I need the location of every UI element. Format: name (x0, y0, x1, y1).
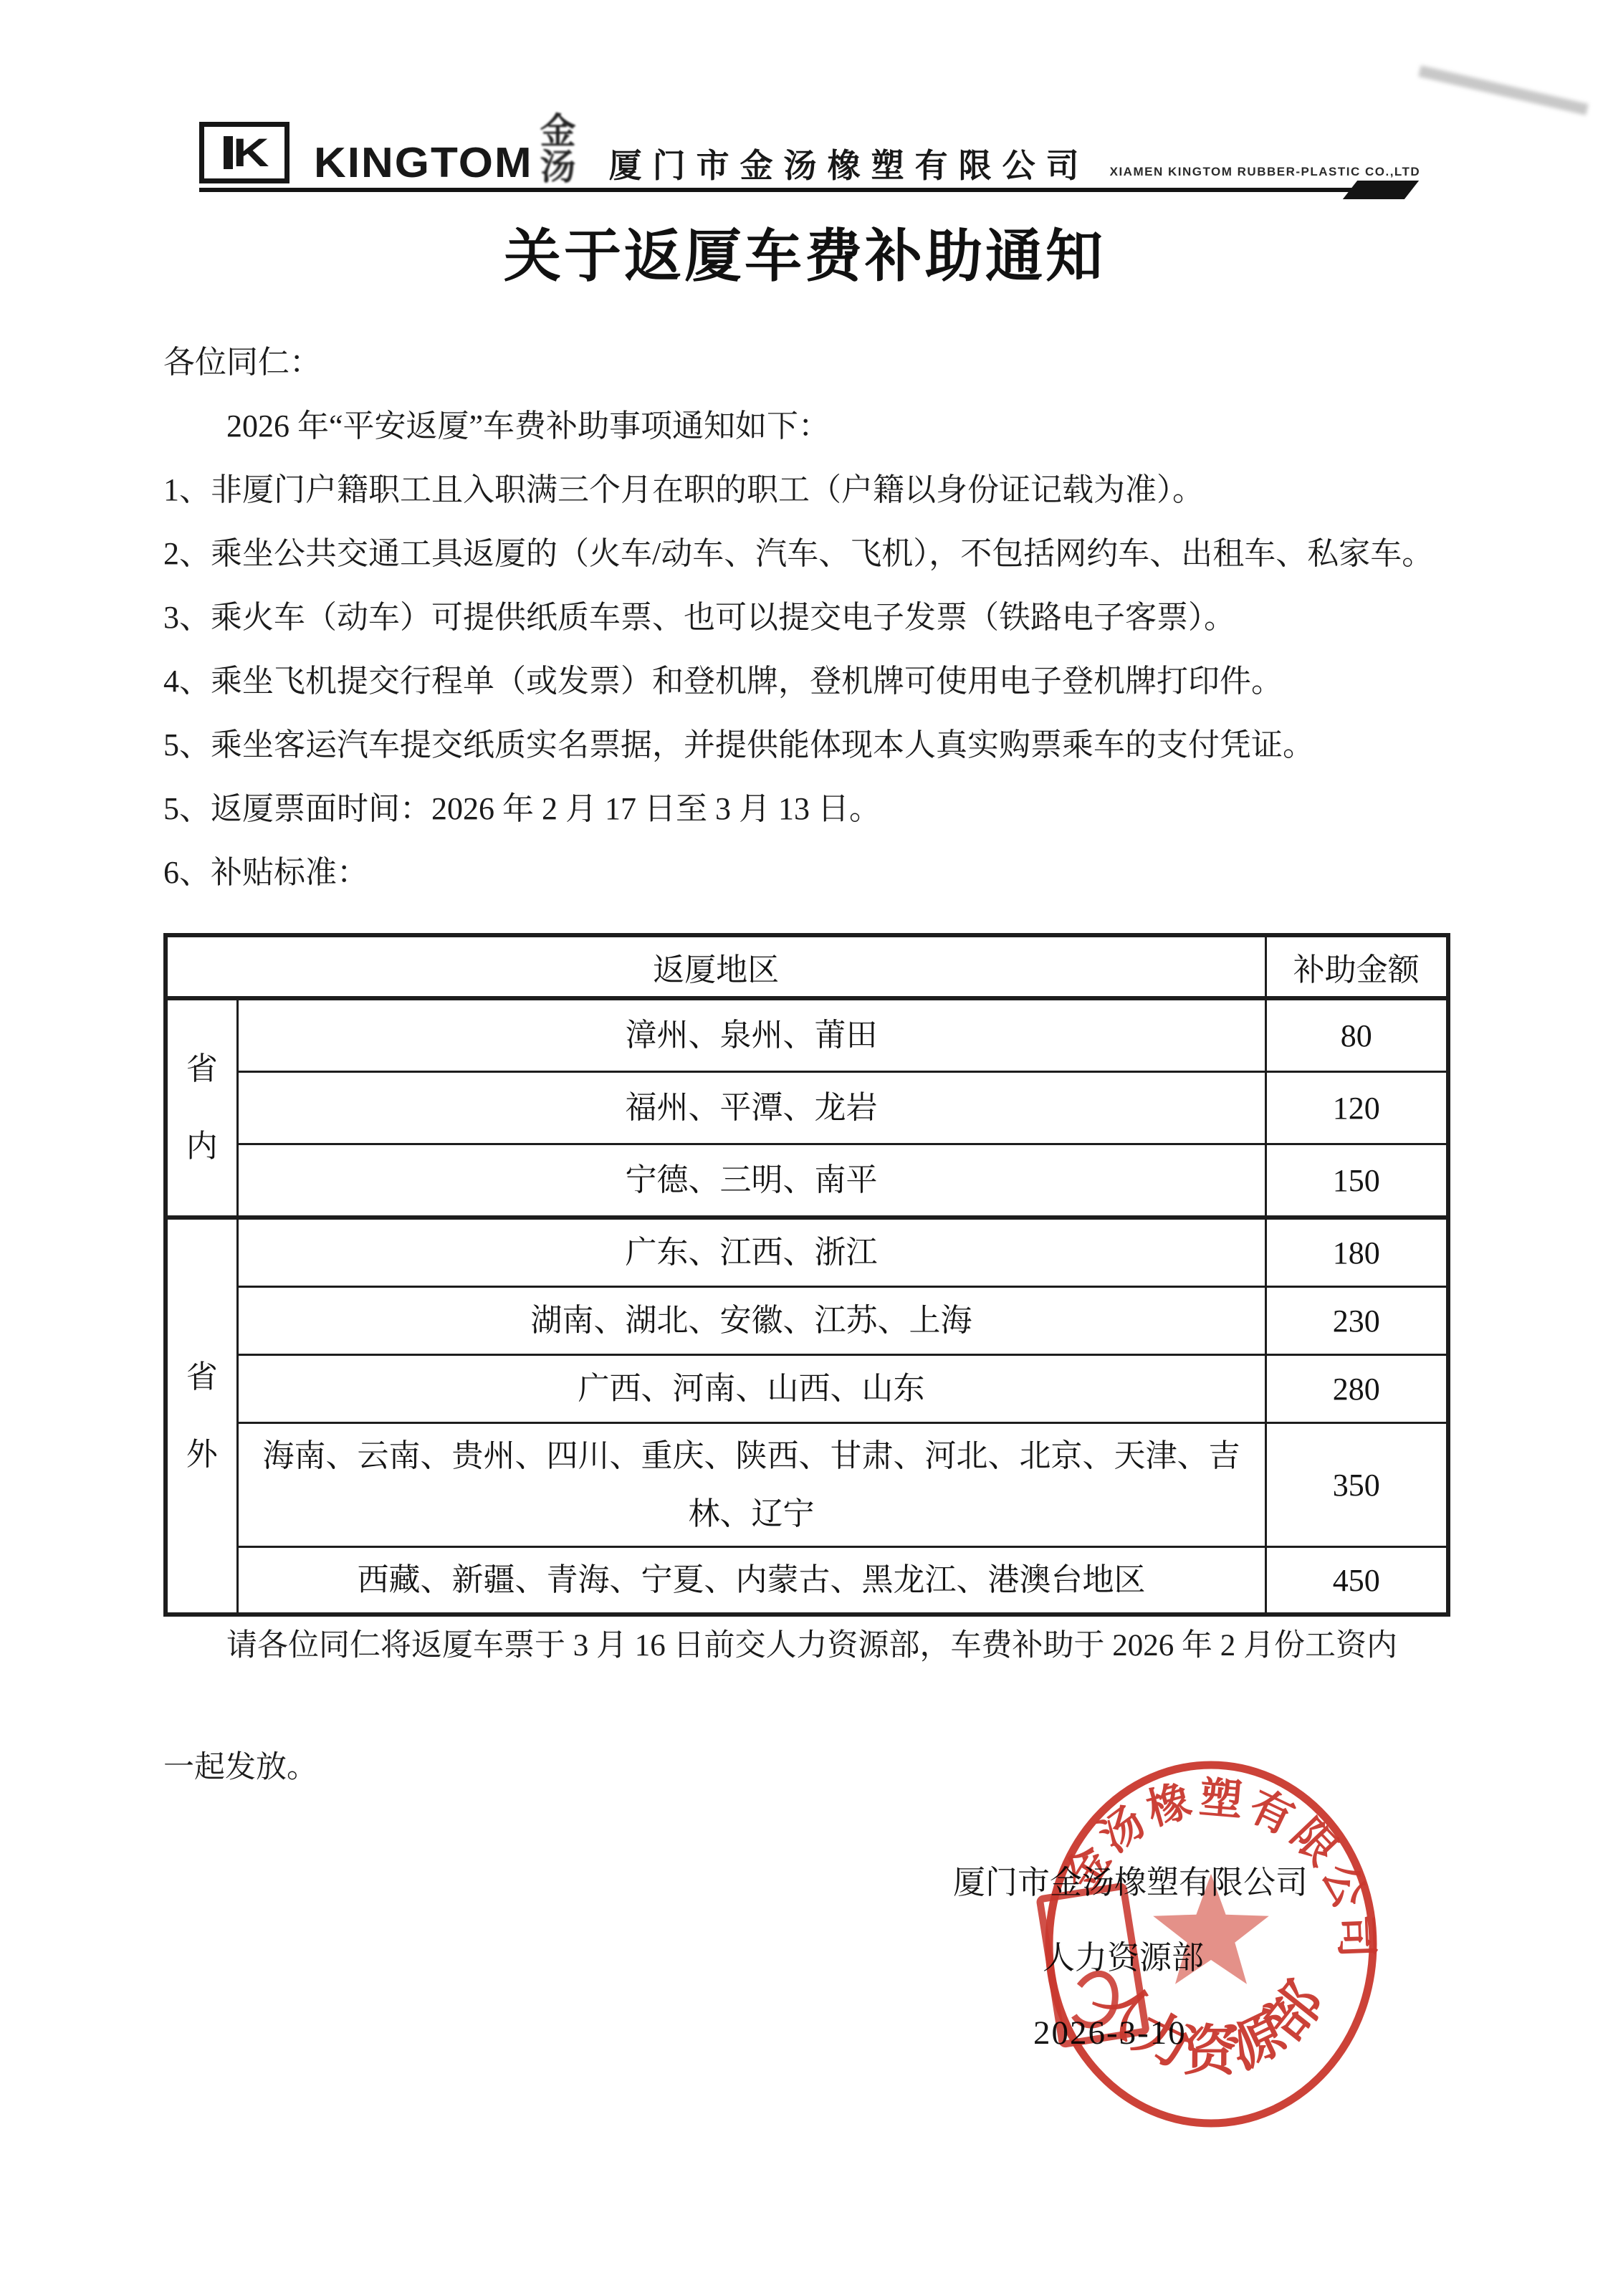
page-title: 关于返厦车费补助通知 (163, 210, 1446, 292)
signature-block: 厦门市金汤橡塑有限公司 人力资源部 2026-3-10 (953, 1845, 1397, 2071)
notice-item: 4、乘坐飞机提交行程单（或发票）和登机牌，登机牌可使用电子登机牌打印件。 (163, 649, 1447, 713)
amount-cell: 350 (1265, 1423, 1448, 1547)
table-row: 省内 漳州、泉州、莆田 80 (166, 998, 1448, 1072)
company-name-english: XIAMEN KINGTOM RUBBER-PLASTIC CO.,LTD (1110, 165, 1421, 179)
notice-body: 各位同仁： 2026 年“平安返厦”车费补助事项通知如下： 1、非厦门户籍职工且… (163, 330, 1447, 904)
subsidy-table-wrap: 返厦地区 补助金额 省内 漳州、泉州、莆田 80 福州、平潭、龙岩 120 宁德… (163, 933, 1447, 1617)
closing-paragraph: 请各位同仁将返厦车票于 3 月 16 日前交人力资源部，车费补助于 2026 年… (163, 1585, 1447, 1829)
table-header-row: 返厦地区 补助金额 (166, 935, 1448, 998)
kingtom-logo-icon: K (199, 122, 289, 183)
table-row: 省外 广东、江西、浙江 180 (166, 1218, 1448, 1287)
logo-k-letter: K (233, 133, 269, 173)
region-cell: 宁德、三明、南平 (237, 1144, 1265, 1218)
notice-item: 5、乘坐客运汽车提交纸质实名票据，并提供能体现本人真实购票乘车的支付凭证。 (163, 713, 1447, 777)
region-cell: 湖南、湖北、安徽、江苏、上海 (237, 1287, 1265, 1355)
scanned-notice-document: K KINGTOM 金汤 厦门市金汤橡塑有限公司 XIAMEN KINGTOM … (0, 0, 1608, 2296)
logo-bar (224, 136, 233, 169)
region-cell: 海南、云南、贵州、四川、重庆、陕西、甘肃、河北、北京、天津、吉林、辽宁 (237, 1423, 1265, 1547)
subsidy-table: 返厦地区 补助金额 省内 漳州、泉州、莆田 80 福州、平潭、龙岩 120 宁德… (163, 933, 1450, 1617)
table-row: 湖南、湖北、安徽、江苏、上海 230 (166, 1287, 1448, 1355)
amount-cell: 180 (1265, 1218, 1448, 1287)
signature-date: 2026-3-10 (953, 1996, 1397, 2071)
amount-cell: 280 (1265, 1355, 1448, 1423)
closing-line: 请各位同仁将返厦车票于 3 月 16 日前交人力资源部，车费补助于 2026 年… (163, 1585, 1447, 1707)
brand-wordmark: KINGTOM (314, 144, 533, 184)
table-row: 福州、平潭、龙岩 120 (166, 1072, 1448, 1144)
notice-item: 1、非厦门户籍职工且入职满三个月在职的职工（户籍以身份证记载为准）。 (163, 458, 1447, 522)
notice-item: 6、补贴标准： (163, 841, 1447, 904)
signature-department: 人力资源部 (953, 1920, 1397, 1996)
amount-cell: 230 (1265, 1287, 1448, 1355)
table-row: 宁德、三明、南平 150 (166, 1144, 1448, 1218)
region-cell: 广西、河南、山西、山东 (237, 1355, 1265, 1423)
notice-item: 2、乘坐公共交通工具返厦的（火车/动车、汽车、飞机），不包括网约车、出租车、私家… (163, 522, 1447, 585)
letterhead: K KINGTOM 金汤 厦门市金汤橡塑有限公司 XIAMEN KINGTOM … (199, 120, 1409, 192)
scan-smudge-artifact (1418, 65, 1588, 115)
region-cell: 广东、江西、浙江 (237, 1218, 1265, 1287)
amount-cell: 120 (1265, 1072, 1448, 1144)
table-row: 广西、河南、山西、山东 280 (166, 1355, 1448, 1423)
amount-cell: 80 (1265, 998, 1448, 1072)
table-row: 海南、云南、贵州、四川、重庆、陕西、甘肃、河北、北京、天津、吉林、辽宁 350 (166, 1423, 1448, 1547)
intro-line: 2026 年“平安返厦”车费补助事项通知如下： (163, 394, 1447, 458)
amount-cell: 150 (1265, 1144, 1448, 1218)
brand-wordmark-cn: 金汤 (540, 113, 576, 185)
rule-end-tab (1343, 181, 1419, 199)
group-cell-out: 省外 (166, 1218, 237, 1615)
salutation: 各位同仁： (163, 330, 1447, 394)
col-header-amount: 补助金额 (1265, 935, 1448, 998)
notice-item: 3、乘火车（动车）可提供纸质车票、也可以提交电子发票（铁路电子客票）。 (163, 585, 1447, 649)
group-cell-in: 省内 (166, 998, 237, 1218)
region-cell: 福州、平潭、龙岩 (237, 1072, 1265, 1144)
closing-line: 一起发放。 (163, 1707, 1447, 1829)
col-header-region: 返厦地区 (166, 935, 1265, 998)
region-cell: 漳州、泉州、莆田 (237, 998, 1265, 1072)
company-name-calligraphy: 厦门市金汤橡塑有限公司 (609, 148, 1090, 185)
signature-company: 厦门市金汤橡塑有限公司 (953, 1845, 1397, 1920)
notice-item: 5、返厦票面时间：2026 年 2 月 17 日至 3 月 13 日。 (163, 777, 1447, 841)
